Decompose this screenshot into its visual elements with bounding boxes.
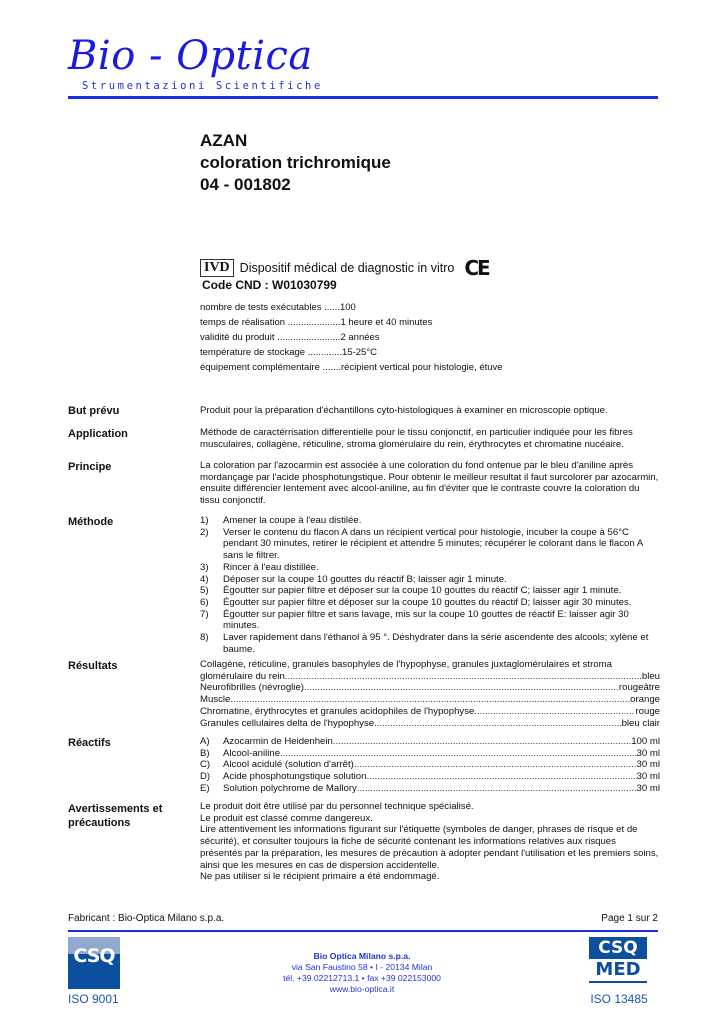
csq-logo-icon: CSQ [68, 937, 120, 989]
phone-fax: tél. +39 02212713.1 • fax +39 022153000 [230, 973, 494, 984]
company-address: Bio Optica Milano s.p.a. via San Faustin… [230, 951, 494, 995]
method-step: 6)Égoutter sur papier filtre et déposer … [200, 597, 660, 609]
ivd-text: Dispositif médical de diagnostic in vitr… [240, 261, 455, 275]
product-subtitle: coloration trichromique [200, 152, 391, 174]
reagent-row: D)Acide phosphotungstique solution 30 ml [200, 771, 660, 783]
result-row: Chromatine, érythrocytes et granules aci… [200, 706, 660, 718]
cnd-code: Code CND : W01030799 [202, 278, 337, 292]
spec-row: température de stockage .............15-… [200, 345, 503, 360]
reagent-row: A)Azocarmin de Heidenhein 100 ml [200, 736, 660, 748]
results-intro: Collagène, réticuline, granules basophyl… [200, 659, 660, 671]
product-code: 04 - 001802 [200, 174, 391, 196]
product-name: AZAN [200, 130, 391, 152]
reagent-row: E)Solution polychrome de Mallory 30 ml [200, 783, 660, 795]
section-label-resultats: Résultats [68, 659, 118, 673]
section-label-but-prevu: But prévu [68, 404, 119, 418]
csq-med-logo-icon: CSQ MED [589, 937, 647, 983]
method-step: 8)Laver rapidement dans l'éthanol à 95 °… [200, 632, 660, 655]
ce-mark-icon: CE [464, 256, 488, 280]
method-step: 4)Déposer sur la coupe 10 gouttes du réa… [200, 574, 660, 586]
ivd-badge: IVD [200, 259, 234, 277]
header-divider [68, 96, 658, 99]
spec-row: nombre de tests exécutables ......100 [200, 300, 503, 315]
method-step: 5)Égoutter sur papier filtre et déposer … [200, 585, 660, 597]
method-step: 3)Rincer à l'eau distillée. [200, 562, 660, 574]
warning-paragraph: Ne pas utiliser si le récipient primaire… [200, 871, 660, 883]
iso-9001-label: ISO 9001 [68, 992, 119, 1006]
section-body-but-prevu: Produit pour la préparation d'échantillo… [200, 405, 660, 417]
street-address: via San Faustino 58 • I - 20134 Milan [230, 962, 494, 973]
method-steps: 1)Amener la coupe à l'eau distilée. 2)Ve… [200, 515, 660, 655]
company-tagline: Strumentazioni Scientifiche [82, 80, 323, 92]
section-label-principe: Principe [68, 460, 111, 474]
method-step: 7)Égoutter sur papier filtre et sans lav… [200, 609, 660, 632]
page-number: Page 1 sur 2 [601, 913, 658, 924]
manufacturer: Fabricant : Bio-Optica Milano s.p.a. [68, 913, 224, 924]
warning-paragraph: Le produit doit être utilisé par du pers… [200, 801, 660, 813]
company-name: Bio Optica Milano s.p.a. [230, 951, 494, 962]
ivd-line: IVD Dispositif médical de diagnostic in … [200, 256, 489, 280]
section-body-application: Méthode de caractérrisation differentiel… [200, 427, 660, 450]
section-label-reactifs: Réactifs [68, 736, 111, 750]
result-row: glomérulaire du rein bleu [200, 671, 660, 683]
reagents-list: A)Azocarmin de Heidenhein 100 ml B)Alcoo… [200, 736, 660, 795]
section-label-avertissements: Avertissements et précautions [68, 802, 162, 830]
section-label-application: Application [68, 427, 128, 441]
method-step: 2)Verser le contenu du flacon A dans un … [200, 527, 660, 562]
company-logo: Bio - Optica [68, 34, 313, 78]
website-link[interactable]: www.bio-optica.it [230, 984, 494, 995]
spec-list: nombre de tests exécutables ......100 te… [200, 300, 503, 375]
results-list: Collagène, réticuline, granules basophyl… [200, 659, 660, 729]
spec-row: temps de réalisation ...................… [200, 315, 503, 330]
result-row: Granules cellulaires delta de l'hypophys… [200, 718, 660, 730]
document-title: AZAN coloration trichromique 04 - 001802 [200, 130, 391, 196]
method-step: 1)Amener la coupe à l'eau distilée. [200, 515, 660, 527]
spec-row: validité du produit ....................… [200, 330, 503, 345]
section-label-methode: Méthode [68, 515, 113, 529]
footer-divider [68, 930, 658, 932]
spec-row: équipement complémentaire .......récipie… [200, 360, 503, 375]
section-body-principe: La coloration par l'azocarmin est associ… [200, 460, 660, 507]
warning-paragraph: Le produit est classé comme dangereux. [200, 813, 660, 825]
iso-13485-label: ISO 13485 [589, 992, 649, 1006]
reagent-row: C)Alcool acidulé (solution d'arrêt) 30 m… [200, 759, 660, 771]
result-row: Neurofibrilles (névroglie)rougeâtre [200, 682, 660, 694]
result-row: Muscleorange [200, 694, 660, 706]
reagent-row: B)Alcool-aniline 30 ml [200, 748, 660, 760]
warnings-text: Le produit doit être utilisé par du pers… [200, 801, 660, 883]
warning-paragraph: Lire attentivement les informations figu… [200, 824, 660, 871]
